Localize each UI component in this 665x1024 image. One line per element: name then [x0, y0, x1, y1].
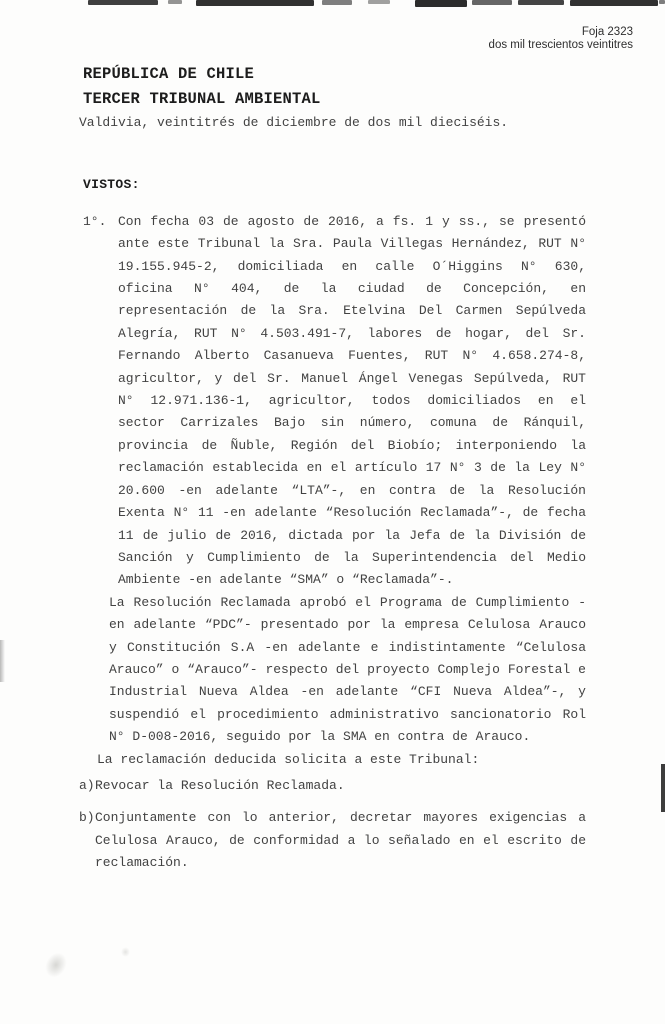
scan-smudge-small — [121, 947, 130, 957]
petition-item-a: a) Revocar la Resolución Reclamada. — [79, 775, 586, 797]
petition-a-text: Revocar la Resolución Reclamada. — [95, 775, 586, 797]
scan-artifact-left-edge — [0, 640, 5, 682]
numbered-item-1: 1°. Con fecha 03 de agosto de 2016, a fs… — [83, 211, 586, 592]
dateline: Valdivia, veintitrés de diciembre de dos… — [79, 112, 586, 134]
document-page: Foja 2323 dos mil trescientos veintitres… — [0, 0, 665, 1024]
heading-tercer-tribunal-ambiental: TERCER TRIBUNAL AMBIENTAL — [83, 87, 586, 112]
item-1-number: 1°. — [83, 211, 118, 592]
scan-smudge-bottom-left — [41, 949, 71, 981]
petition-b-label: b) — [79, 807, 95, 874]
petition-a-label: a) — [79, 775, 95, 797]
petition-b-text: Conjuntamente con lo anterior, decretar … — [95, 807, 586, 874]
section-heading-vistos: VISTOS: — [83, 174, 586, 196]
heading-republica-de-chile: REPÚBLICA DE CHILE — [83, 62, 586, 87]
document-body: REPÚBLICA DE CHILE TERCER TRIBUNAL AMBIE… — [79, 0, 586, 875]
petition-item-b: b) Conjuntamente con lo anterior, decret… — [79, 807, 586, 874]
paragraph-resolucion-reclamada: La Resolución Reclamada aprobó el Progra… — [109, 592, 586, 749]
scan-artifact-right-edge — [661, 764, 665, 812]
item-1-text: Con fecha 03 de agosto de 2016, a fs. 1 … — [118, 211, 586, 592]
paragraph-peticion-intro: La reclamación deducida solicita a este … — [97, 749, 586, 771]
